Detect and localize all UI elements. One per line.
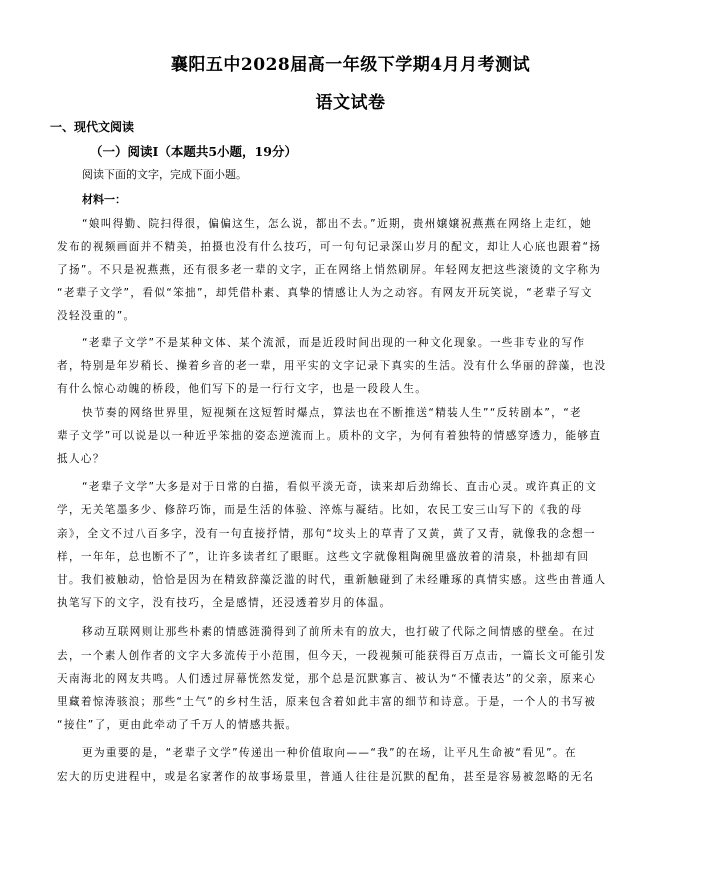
passage-line: 里藏着惊涛骇浪；那些“土气”的乡村生活，原来包含着如此丰富的细节和诗意。于是，一… (57, 694, 659, 710)
material-label: 材料一： (82, 191, 126, 207)
passage-line: 没轻没重的”。 (57, 308, 659, 324)
passage-line: 天南海北的网友共鸣。人们透过屏幕恍然发觉，那个总是沉默寡言、被认为“不懂表达”的… (57, 671, 659, 687)
passage-line: 移动互联网则让那些朴素的情感涟漪得到了前所未有的放大，也打破了代际之间情感的壁垒… (82, 624, 659, 640)
passage-line: “接住”了，更由此牵动了千万人的情感共振。 (57, 717, 659, 733)
passage-line: 去，一个素人创作者的文字大多流传于小范围，但今天，一段视频可能获得百万点击，一篇… (57, 648, 659, 664)
exam-title: 襄阳五中2028届高一年级下学期4月月考测试 (0, 50, 701, 75)
passage-line: “老辈子文学”不是某种文体、某个流派，而是近段时间出现的一种文化现象。一些非专业… (82, 335, 659, 351)
passage-line: 执笔写下的文字，没有技巧，全是感情，还浸透着岁月的体温。 (57, 595, 659, 611)
passage-line: 有什么惊心动魄的桥段，他们写下的是一行行文字，也是一段段人生。 (57, 381, 659, 397)
passage-line: 快节奏的网络世界里，短视频在这短暂时爆点，算法也在不断推送“精装人生”“反转剧本… (82, 405, 659, 421)
passage-line: 抵人心？ (57, 451, 659, 467)
passage-line: 者，特别是年岁稍长、操着乡音的老一辈，用平实的文字记录下真实的生活。没有什么华丽… (57, 358, 659, 374)
passage-line: 发布的视频画面并不精美，拍摄也没有什么技巧，可一句句记录深山岁月的配文，却让人心… (57, 239, 659, 255)
passage-line: 了扬”。不只是祝燕燕，还有很多老一辈的文字，正在网络上悄然刷屏。年轻网友把这些滚… (57, 262, 659, 278)
passage-line: “老辈子文学”大多是对于日常的白描，看似平淡无奇，读来却后劲绵长、直击心灵。或许… (82, 479, 659, 495)
passage-line: “老辈子文学”，看似“笨拙”，却凭借朴素、真挚的情感让人为之动容。有网友开玩笑说… (57, 285, 659, 301)
instruction-text: 阅读下面的文字，完成下面小题。 (82, 166, 247, 182)
passage-line: 辈子文学”可以说是以一种近乎笨拙的姿态逆流而上。质朴的文字，为何有着独特的情感穿… (57, 428, 659, 444)
exam-subtitle: 语文试卷 (0, 88, 701, 113)
passage-line: 更为重要的是，“老辈子文学”传递出一种价值取向——“我”的在场，让平凡生命被“看… (82, 745, 659, 761)
section-heading: 一、现代文阅读 (50, 118, 134, 135)
passage-line: 甘。我们被触动，恰恰是因为在精致辞藻泛滥的时代，重新触碰到了未经雕琢的真情实感。… (57, 572, 659, 588)
exam-page: 襄阳五中2028届高一年级下学期4月月考测试 语文试卷 一、现代文阅读 （一）阅… (0, 0, 701, 877)
passage-line: “娘叫得勤、院扫得很，偏偏这生，怎么说，都出不去。”近期，贵州嬢嬢祝燕燕在网络上… (82, 216, 659, 232)
subsection-heading: （一）阅读Ⅰ（本题共5小题，19分） (90, 142, 297, 160)
passage-line: 亲》，全文不过八百多字，没有一句直接抒情，那句“坟头上的草青了又黄，黄了又青，就… (57, 526, 659, 542)
passage-line: 样，一年年，总也断不了”，让许多读者红了眼眶。这些文字就像粗陶碗里盛放着的清泉，… (57, 549, 659, 565)
passage-line: 学，无关笔墨多少、修辞巧饰，而是生活的体验、淬炼与凝结。比如，农民工安三山写下的… (57, 502, 659, 518)
passage-line: 宏大的历史进程中，或是名家著作的故事场景里，普通人往往是沉默的配角，甚至是容易被… (57, 769, 659, 785)
